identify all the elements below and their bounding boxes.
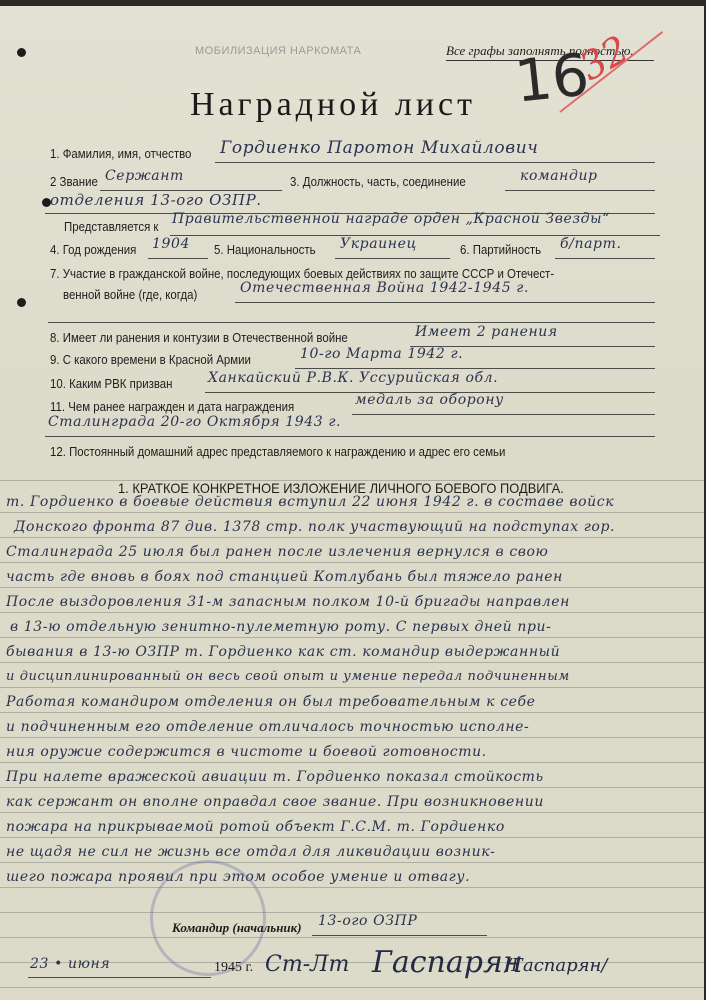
field-war-participation: 7. Участие в гражданской войне, последую… [50, 266, 623, 281]
field-label: 2 Звание [50, 174, 98, 189]
commander-label: Командир (начальник) [172, 920, 302, 936]
rank-signature: Ст-Лт [265, 952, 349, 977]
field-label: 3. Должность, часть, соединение [290, 174, 466, 189]
feat-line: После выздоровления 31-м запасным полком… [6, 594, 570, 610]
feat-line: т. Гордиенко в боевые действия вступил 2… [6, 494, 614, 510]
feat-line: Работая командиром отделения он был треб… [6, 694, 536, 710]
field-value-army-since: 10-го Марта 1942 г. [300, 346, 463, 362]
field-label: 9. С какого времени в Красной Армии [50, 352, 251, 367]
field-value-party: б/парт. [560, 236, 622, 252]
feat-line: Сталинграда 25 июля был ранен после изле… [6, 544, 548, 560]
page-title: Наградной лист [190, 86, 476, 124]
field-label: 4. Год рождения [50, 242, 136, 257]
feat-line: и подчиненным его отделение отличалось т… [6, 719, 529, 735]
feat-line: не щадя не сил не жизнь все отдал для ли… [6, 844, 496, 860]
field-value-position-cont: отделения 13-ого ОЗПР. [50, 191, 262, 209]
feat-line: часть где вновь в боях под станцией Котл… [6, 569, 563, 585]
field-army-since: 9. С какого времени в Красной Армии [50, 352, 278, 367]
feat-line: как сержант он вполне оправдал свое зван… [6, 794, 544, 810]
field-value-war: Отечественная Война 1942-1945 г. [240, 280, 529, 296]
field-value-wounds: Имеет 2 ранения [415, 324, 558, 340]
feat-line: бывания в 13-ю ОЗПР т. Гордиенко как ст.… [6, 644, 560, 660]
underline [352, 414, 655, 415]
field-label: 1. Фамилия, имя, отчество [50, 146, 191, 161]
underline [48, 322, 655, 323]
field-label: 12. Постоянный домашний адрес представля… [50, 444, 505, 459]
field-rank: 2 Звание [50, 174, 104, 189]
feat-line: При налете вражеской авиации т. Гордиенк… [6, 769, 544, 785]
field-rvk: 10. Каким РВК призван [50, 376, 189, 391]
underline [335, 258, 450, 259]
field-value-rvk: Ханкайский Р.В.К. Уссурийская обл. [208, 370, 498, 386]
field-value-position: командир [520, 168, 598, 184]
field-label: 6. Партийность [460, 242, 541, 257]
underline [45, 436, 655, 437]
field-value-rank: Сержант [105, 168, 184, 184]
punch-hole [17, 48, 26, 57]
underline [555, 258, 655, 259]
feat-line: Донского фронта 87 див. 1378 стр. полк у… [14, 519, 615, 535]
field-label: 11. Чем ранее награжден и дата награжден… [50, 399, 294, 414]
field-label: Представляется к [64, 219, 158, 234]
faded-header: МОБИЛИЗАЦИЯ НАРКОМАТА [195, 45, 361, 57]
field-value-previous-awards-cont: Сталинграда 20-го Октября 1943 г. [48, 414, 341, 430]
underline [28, 977, 211, 978]
field-label: 8. Имеет ли ранения и контузии в Отечест… [50, 330, 348, 345]
field-name: 1. Фамилия, имя, отчество [50, 146, 211, 161]
field-previous-awards: 11. Чем ранее награжден и дата награжден… [50, 399, 327, 414]
field-label: 10. Каким РВК призван [50, 376, 172, 391]
field-presented: Представляется к [64, 219, 171, 234]
field-wounds: 8. Имеет ли ранения и контузии в Отечест… [50, 330, 388, 345]
field-value-birth-year: 1904 [152, 236, 190, 252]
feat-line: и дисциплинированный он весь свой опыт и… [6, 669, 570, 684]
feat-line: ния оружие содержится в чистоте и боевой… [6, 744, 487, 760]
year-label: 1945 г. [214, 960, 253, 976]
field-label: венной войне (где, когда) [63, 287, 197, 302]
field-value-presented: Правительственной награде орден „Красной… [172, 211, 610, 227]
field-label: 7. Участие в гражданской войне, последую… [50, 266, 554, 281]
underline [215, 162, 655, 163]
feat-line: пожара на прикрываемой ротой объект Г.С.… [6, 819, 505, 835]
field-nationality: 5. Национальность [214, 242, 329, 257]
official-stamp [150, 860, 266, 976]
underline [312, 935, 487, 936]
field-value-nationality: Украинец [340, 236, 417, 252]
field-war-participation-2: венной войне (где, когда) [63, 287, 216, 302]
date-value: 23 • июня [30, 956, 110, 972]
field-value-previous-awards: медаль за оборону [355, 392, 504, 408]
commander-unit: 13-ого ОЗПР [318, 913, 417, 929]
field-label: 5. Национальность [214, 242, 316, 257]
underline [235, 302, 655, 303]
underline [505, 190, 655, 191]
signature: Гаспарян [372, 945, 523, 980]
signature-name: /Гаспарян/ [505, 955, 607, 976]
field-value-name: Гордиенко Пароmон Михайлович [220, 138, 538, 158]
field-address: 12. Постоянный домашний адрес представля… [50, 444, 568, 459]
field-party: 6. Партийность [460, 242, 552, 257]
field-birth-year: 4. Год рождения [50, 242, 148, 257]
punch-hole [17, 298, 26, 307]
feat-line: в 13-ю отдельную зенитно-пулеметную роту… [10, 619, 551, 635]
underline [295, 368, 655, 369]
underline [148, 258, 208, 259]
field-position: 3. Должность, часть, соединение [290, 174, 490, 189]
